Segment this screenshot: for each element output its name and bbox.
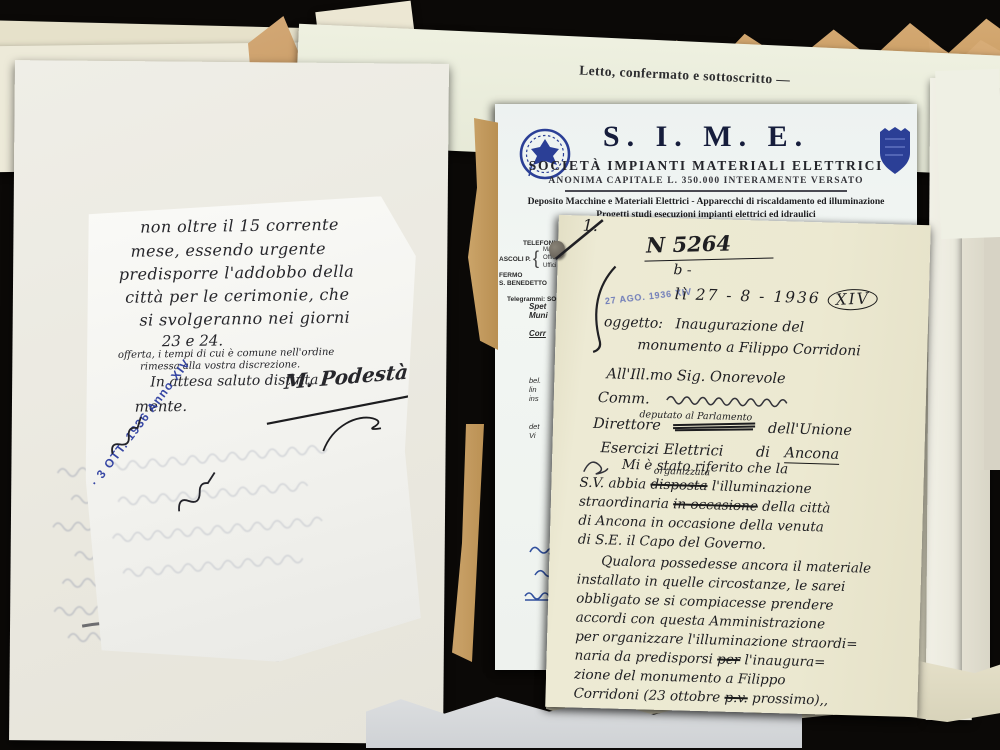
date-era: XIV: [827, 288, 878, 311]
body-line-12: zione del monumento a Filippo: [574, 667, 786, 689]
margin-frag-vi: Vi: [529, 431, 536, 440]
paper-cream-letter: 1. N 5264 b - 27 AGO. 1936 XIV lì 27 - 8…: [545, 215, 931, 717]
paper-handwritten-note: non oltre il 15 corrente mese, essendo u…: [82, 196, 428, 665]
subject-line-1: oggetto: Inaugurazione del: [604, 314, 805, 336]
margin-brace: {: [533, 248, 539, 269]
paper-corner-top-right: [935, 69, 1000, 239]
capital-line: ANONIMA CAPITALE L. 350.000 INTERAMENTE …: [495, 176, 917, 186]
note-small-line: rimessa alla vostra discrezione.: [140, 359, 300, 372]
capital-underline: [565, 190, 847, 192]
margin-frag-lin: lin: [529, 385, 537, 394]
bleedthrough-line: [110, 511, 331, 545]
body-text: prossimo),,: [752, 690, 829, 708]
body-text: l'inaugura=: [744, 652, 825, 670]
margin-frag-corr: Corr: [529, 329, 546, 338]
inserted-word: organizzata: [654, 466, 711, 479]
protocol-sub: b -: [673, 262, 692, 279]
body-text: Corridoni (23 ottobre: [573, 686, 720, 706]
margin-uffici: Uffici: [543, 263, 556, 269]
body-line-5: di S.E. il Capo del Governo.: [578, 532, 767, 553]
archival-documents-photo: Letto, confermato e sottoscritto — S. I.…: [0, 0, 1000, 750]
margin-frag-muni: Muni: [529, 311, 548, 320]
addressee-line-1: All'Ill.mo Sig. Onorevole: [606, 366, 786, 387]
note-line: mese, essendo urgente: [130, 239, 326, 261]
date-line: lì 27 - 8 - 1936 XIV: [674, 284, 878, 311]
addressee-line-3: Direttore dell'Unione: [593, 416, 852, 439]
handwriting-squiggle: [103, 406, 159, 460]
pen-brace: [583, 264, 620, 357]
body-text: l'illuminazione: [712, 478, 812, 497]
struck-word: p.v.: [724, 690, 748, 707]
note-line: predisporre l'addobbo della: [119, 262, 355, 284]
margin-frag-spet: Spet: [529, 302, 546, 311]
addressee-city: Ancona: [784, 445, 839, 465]
margin-frag-det: det: [529, 422, 539, 431]
addressee-org: dell'Unione: [768, 421, 852, 439]
struck-word: disposta: [650, 477, 707, 495]
body-text: S.V. abbia: [579, 475, 646, 493]
margin-fermo: FERMO: [499, 272, 522, 279]
note-line: 23 e 24.: [162, 331, 224, 350]
struck-word: per: [717, 651, 741, 668]
addressee-org-2: Esercizi Elettrici: [600, 440, 723, 459]
note-line: non oltre il 15 corrente: [140, 215, 339, 237]
body-text: della città: [762, 499, 831, 517]
note-line: si svolgeranno nei giorni: [139, 308, 350, 330]
company-subtitle: SOCIETÀ IMPIANTI MATERIALI ELETTRICI: [495, 158, 917, 174]
margin-ascoli: ASCOLI P.: [499, 256, 531, 263]
addressee-di: di: [756, 444, 770, 460]
addressee-role: Direttore: [593, 416, 661, 434]
subject-text-1: Inaugurazione del: [675, 316, 804, 336]
torn-folder-sliver: [468, 118, 498, 350]
body-text: naria da predisporsi: [574, 648, 713, 668]
margin-frag-bel: bel.: [529, 376, 541, 385]
torn-folder-wedge: [444, 424, 484, 662]
struck-word: in occasione: [673, 496, 758, 514]
services-line-1: Deposito Macchine e Materiali Elettrici …: [495, 196, 917, 207]
subject-line-2: monumento a Filippo Corridoni: [637, 337, 861, 359]
subject-label: oggetto:: [604, 314, 663, 332]
protocol-number: N 5264: [644, 230, 774, 262]
pen-stroke: [552, 215, 609, 265]
addressee-title: Comm.: [598, 390, 650, 407]
body-text: straordinaria: [579, 494, 669, 513]
date-text: lì 27 - 8 - 1936: [675, 285, 822, 307]
margin-s-benedetto: S. BENEDETTO: [499, 280, 547, 287]
scribbled-out-words: [671, 418, 757, 434]
bleedthrough-line: [121, 549, 312, 581]
note-small-line: offerta, i tempi di cui è comune nell'or…: [118, 347, 334, 361]
printed-confirmation-line: Letto, confermato e sottoscritto —: [579, 63, 791, 89]
item-number: 1.: [582, 216, 598, 235]
addressee-line-2: Comm.: [598, 390, 795, 411]
illegible-name-squiggle: [664, 392, 794, 410]
note-line: città per le cerimonie, che: [125, 285, 350, 307]
company-title: S. I. M. E.: [495, 120, 917, 154]
margin-frag-ins: ins: [529, 394, 539, 403]
body-line-13: Corridoni (23 ottobre p.v. prossimo),,: [573, 686, 828, 709]
